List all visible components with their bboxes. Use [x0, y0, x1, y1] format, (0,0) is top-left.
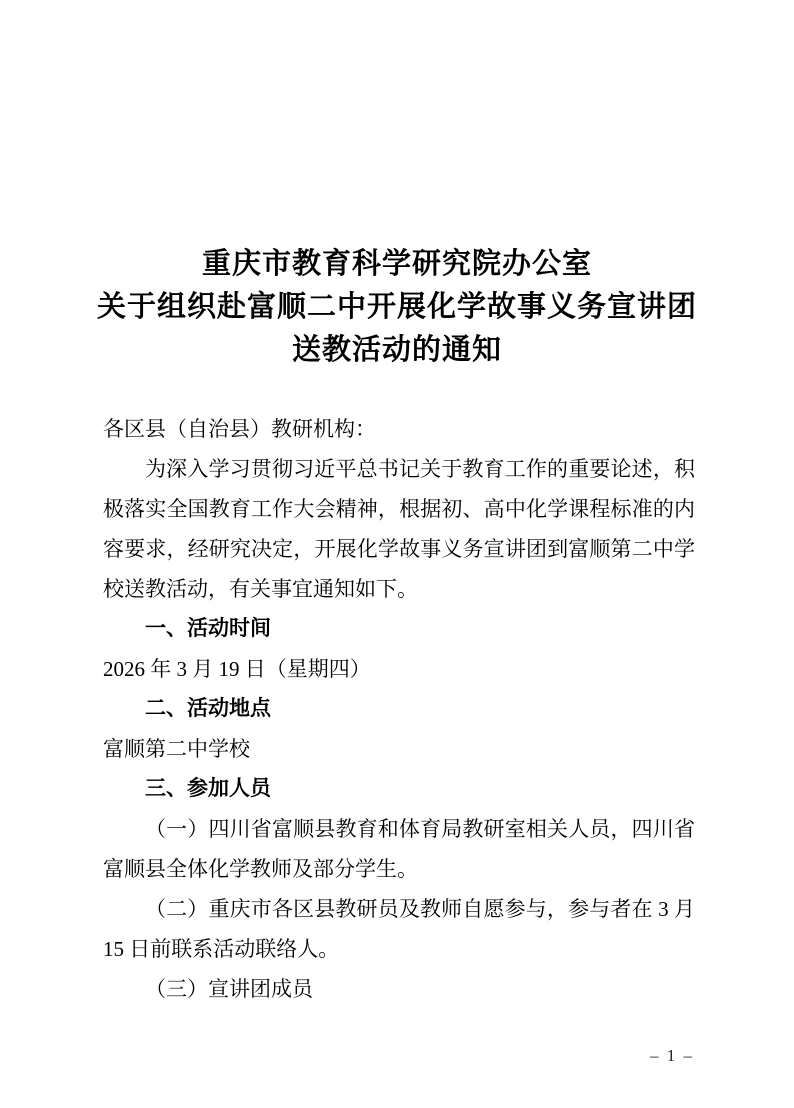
notice-title-line-3: 送教活动的通知 [0, 329, 794, 372]
section-3-item-3: （三）宣讲团成员 [103, 969, 695, 1009]
section-1-heading: 一、活动时间 [103, 609, 695, 649]
section-2-body: 富顺第二中学校 [103, 729, 695, 769]
section-2-heading: 二、活动地点 [103, 689, 695, 729]
section-3-item-1: （一）四川省富顺县教育和体育局教研室相关人员，四川省富顺县全体化学教师及部分学生… [103, 809, 695, 889]
intro-paragraph: 为深入学习贯彻习近平总书记关于教育工作的重要论述，积极落实全国教育工作大会精神，… [103, 449, 695, 609]
section-3-heading: 三、参加人员 [103, 769, 695, 809]
notice-title: 重庆市教育科学研究院办公室 关于组织赴富顺二中开展化学故事义务宣讲团 送教活动的… [0, 243, 794, 372]
salutation: 各区县（自治县）教研机构： [103, 409, 695, 449]
notice-body: 各区县（自治县）教研机构： 为深入学习贯彻习近平总书记关于教育工作的重要论述，积… [103, 409, 695, 1009]
page-number: – 1 – [650, 1046, 694, 1066]
notice-title-line-1: 重庆市教育科学研究院办公室 [0, 243, 794, 286]
section-3-item-2: （二）重庆市各区县教研员及教师自愿参与，参与者在 3 月 15 日前联系活动联络… [103, 889, 695, 969]
section-1-body: 2026 年 3 月 19 日（星期四） [103, 649, 695, 689]
notice-title-line-2: 关于组织赴富顺二中开展化学故事义务宣讲团 [0, 286, 794, 329]
document-page: 重庆市教育科学研究院办公室 关于组织赴富顺二中开展化学故事义务宣讲团 送教活动的… [0, 0, 794, 1108]
